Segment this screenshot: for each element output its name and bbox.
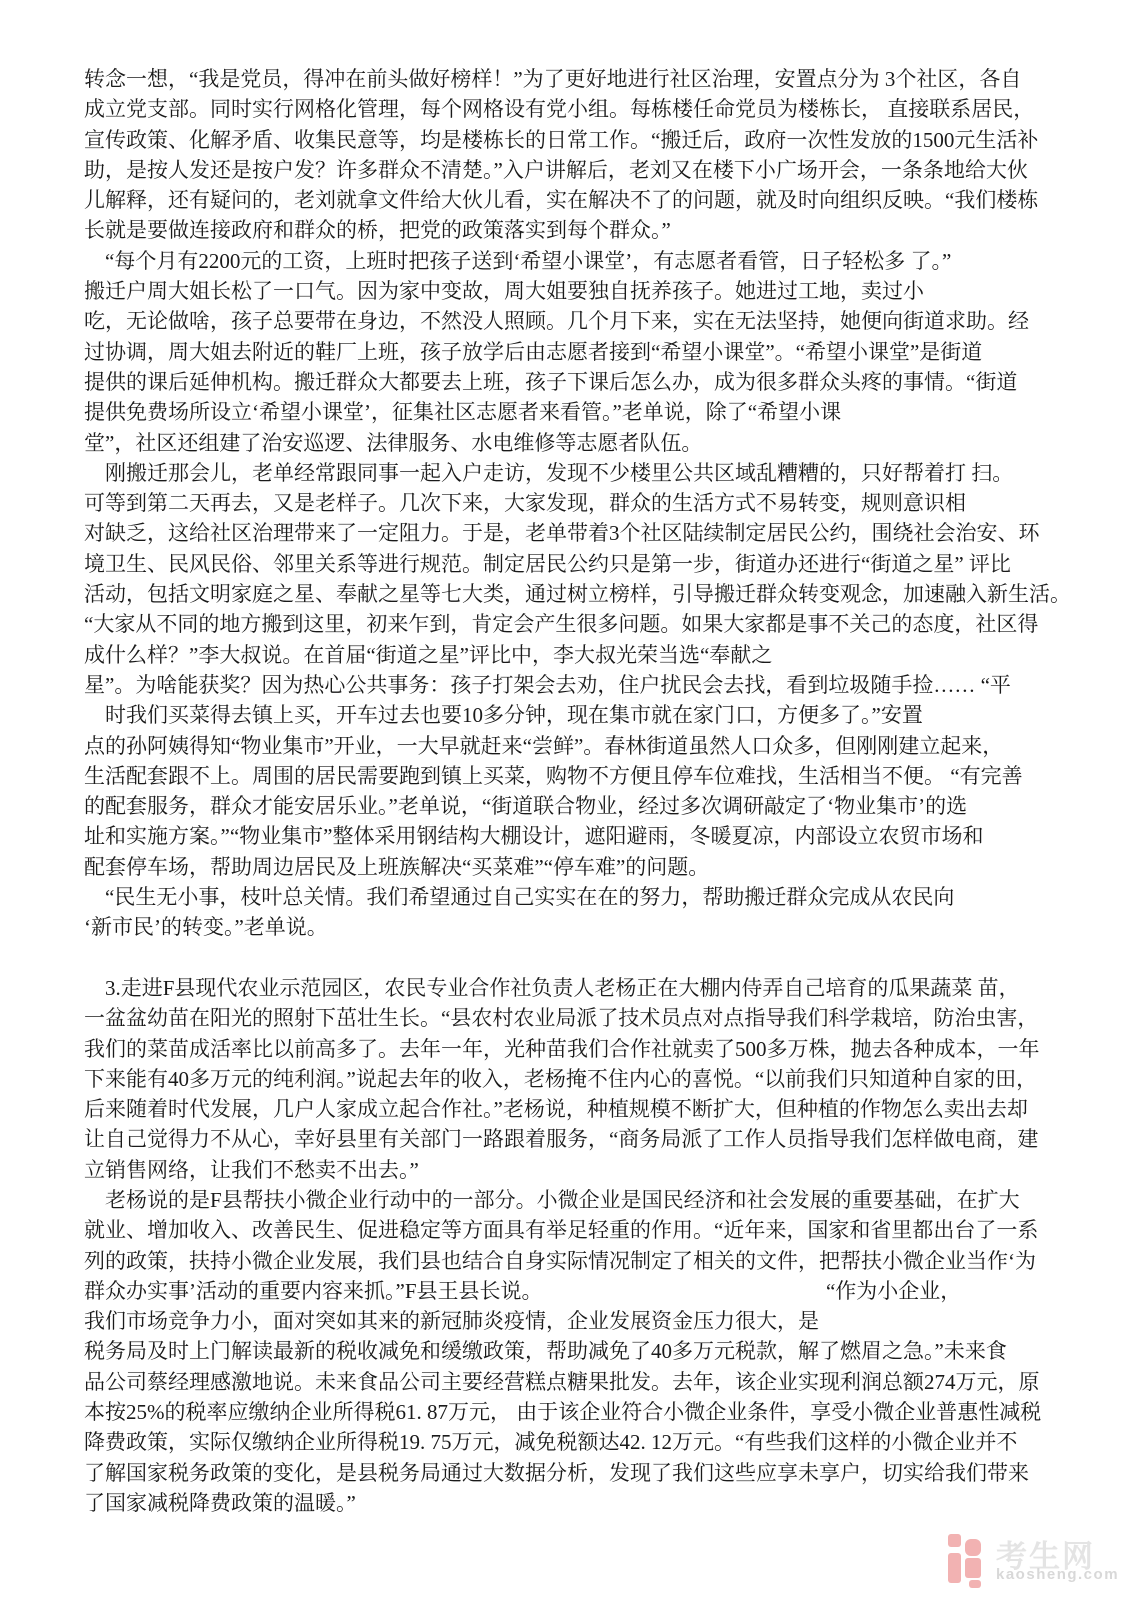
text-line: 过协调，周大姐去附近的鞋厂上班，孩子放学后由志愿者接到“希望小课堂”。“希望小课… — [84, 337, 1069, 367]
text-line: 的配套服务，群众才能安居乐业。”老单说，“街道联合物业，经过多次调研敲定了‘物业… — [84, 791, 1069, 821]
text-line: 宣传政策、化解矛盾、收集民意等，均是楼栋长的日常工作。“搬迁后，政府一次性发放的… — [84, 125, 1069, 155]
text-line: 配套停车场，帮助周边居民及上班族解决“买菜难”“停车难”的问题。 — [84, 852, 1069, 882]
text-line: 址和实施方案。”“物业集市”整体采用钢结构大棚设计，遮阳避雨，冬暖夏凉，内部设立… — [84, 821, 1069, 851]
text-line: 群众办实事’活动的重要内容来抓。”F县王县长说。 “作为小企业， — [84, 1276, 1069, 1306]
text-line: 我们的菜苗成活率比以前高多了。去年一年，光种苗我们合作社就卖了500多万株，抛去… — [84, 1034, 1069, 1064]
text-line: ‘新市民’的转变。”老单说。 — [84, 912, 1069, 942]
text-line: 点的孙阿姨得知“物业集市”开业，一大早就赶来“尝鲜”。春林街道虽然人口众多，但刚… — [84, 731, 1069, 761]
text-line: 对缺乏，这给社区治理带来了一定阻力。于是，老单带着3个社区陆续制定居民公约，围绕… — [84, 518, 1069, 548]
text-line: 可等到第二天再去，又是老样子。几次下来，大家发现，群众的生活方式不易转变，规则意… — [84, 488, 1069, 518]
text-line: 一盆盆幼苗在阳光的照射下茁壮生长。“县农村农业局派了技术员点对点指导我们科学栽培… — [84, 1003, 1069, 1033]
text-line: 降费政策，实际仅缴纳企业所得税19. 75万元，减免税额达42. 12万元。“有… — [84, 1427, 1069, 1457]
text-line: 了解国家税务政策的变化，是县税务局通过大数据分析，发现了我们这些应享未享户，切实… — [84, 1458, 1069, 1488]
document-page: 转念一想，“我是党员，得冲在前头做好榜样！”为了更好地进行社区治理，安置点分为 … — [0, 0, 1131, 1600]
text-line: 后来随着时代发展，几户人家成立起合作社。”老杨说，种植规模不断扩大，但种植的作物… — [84, 1094, 1069, 1124]
text-line: 成立党支部。同时实行网格化管理，每个网格设有党小组。每栋楼任命党员为楼栋长， 直… — [84, 94, 1069, 124]
text-line: “大家从不同的地方搬到这里，初来乍到，肯定会产生很多问题。如果大家都是事不关己的… — [84, 609, 1069, 639]
text-line: 提供的课后延伸机构。搬迁群众大都要去上班，孩子下课后怎么办，成为很多群众头疼的事… — [84, 367, 1069, 397]
text-line: 就业、增加收入、改善民生、促进稳定等方面具有举足轻重的作用。“近年来，国家和省里… — [84, 1215, 1069, 1245]
text-line: 让自己觉得力不从心，幸好县里有关部门一路跟着服务，“商务局派了工作人员指导我们怎… — [84, 1124, 1069, 1154]
text-line: 助，是按人发还是按户发？许多群众不清楚。”入户讲解后，老刘又在楼下小广场开会，一… — [84, 155, 1069, 185]
text-line: 3.走进F县现代农业示范园区，农民专业合作社负责人老杨正在大棚内侍弄自己培育的瓜… — [84, 973, 1069, 1003]
text-line: 列的政策，扶持小微企业发展，我们县也结合自身实际情况制定了相关的文件，把帮扶小微… — [84, 1246, 1069, 1276]
text-line: 搬迁户周大姐长松了一口气。因为家中变故，周大姐要独自抚养孩子。她进过工地，卖过小 — [84, 276, 1069, 306]
watermark-site-url: kaosheng.com — [996, 1566, 1119, 1583]
watermark: 考生网 kaosheng.com — [946, 1530, 1131, 1590]
text-line — [84, 943, 1069, 973]
text-line: 时我们买菜得去镇上买，开车过去也要10多分钟，现在集市就在家门口，方便多了。”安… — [84, 700, 1069, 730]
text-line: 成什么样？”李大叔说。在首届“街道之星”评比中，李大叔光荣当选“奉献之 — [84, 640, 1069, 670]
text-line: 活动，包括文明家庭之星、奉献之星等七大类，通过树立榜样，引导搬迁群众转变观念，加… — [84, 579, 1069, 609]
text-line: 老杨说的是F县帮扶小微企业行动中的一部分。小微企业是国民经济和社会发展的重要基础… — [84, 1185, 1069, 1215]
text-line: “民生无小事，枝叶总关情。我们希望通过自己实实在在的努力，帮助搬迁群众完成从农民… — [84, 882, 1069, 912]
text-line: 星”。为啥能获奖？因为热心公共事务：孩子打架会去劝，住户扰民会去找，看到垃圾随手… — [84, 670, 1069, 700]
text-line: 儿解释，还有疑问的，老刘就拿文件给大伙儿看，实在解决不了的问题，就及时向组织反映… — [84, 185, 1069, 215]
text-line: 长就是要做连接政府和群众的桥，把党的政策落实到每个群众。” — [84, 215, 1069, 245]
text-line: 境卫生、民风民俗、邻里关系等进行规范。制定居民公约只是第一步，街道办还进行“街道… — [84, 549, 1069, 579]
text-line: 堂”，社区还组建了治安巡逻、法律服务、水电维修等志愿者队伍。 — [84, 428, 1069, 458]
text-line: 生活配套跟不上。周围的居民需要跑到镇上买菜，购物不方便且停车位难找，生活相当不便… — [84, 761, 1069, 791]
text-line: 转念一想，“我是党员，得冲在前头做好榜样！”为了更好地进行社区治理，安置点分为 … — [84, 64, 1069, 94]
text-line: 税务局及时上门解读最新的税收减免和缓缴政策，帮助减免了40多万元税款，解了燃眉之… — [84, 1336, 1069, 1366]
text-line: 了国家减税降费政策的温暖。” — [84, 1488, 1069, 1518]
text-line: 立销售网络，让我们不愁卖不出去。” — [84, 1155, 1069, 1185]
text-line: 提供免费场所设立‘希望小课堂’，征集社区志愿者来看管。”老单说，除了“希望小课 — [84, 397, 1069, 427]
text-line: 我们市场竞争力小，面对突如其来的新冠肺炎疫情，企业发展资金压力很大，是 — [84, 1306, 1069, 1336]
logo-block — [948, 1534, 961, 1547]
text-line: 刚搬迁那会儿，老单经常跟同事一起入户走访，发现不少楼里公共区域乱糟糟的，只好帮着… — [84, 458, 1069, 488]
text-line: “每个月有2200元的工资，上班时把孩子送到‘希望小课堂’，有志愿者看管，日子轻… — [84, 246, 1069, 276]
text-line: 吃，无论做啥，孩子总要带在身边，不然没人照顾。几个月下来，实在无法坚持，她便向街… — [84, 306, 1069, 336]
text-line: 品公司蔡经理感激地说。未来食品公司主要经营糕点糖果批发。去年，该企业实现利润总额… — [84, 1367, 1069, 1397]
logo-block — [969, 1580, 981, 1588]
text-line: 本按25%的税率应缴纳企业所得税61. 87万元， 由于该企业符合小微企业条件，… — [84, 1397, 1069, 1427]
logo-block — [965, 1539, 981, 1556]
kaosheng-logo-icon — [948, 1533, 984, 1588]
text-lines: 转念一想，“我是党员，得冲在前头做好榜样！”为了更好地进行社区治理，安置点分为 … — [84, 64, 1069, 1518]
logo-block — [965, 1558, 981, 1578]
text-line: 下来能有40多万元的纯利润。”说起去年的收入，老杨掩不住内心的喜悦。“以前我们只… — [84, 1064, 1069, 1094]
logo-block — [948, 1553, 961, 1583]
